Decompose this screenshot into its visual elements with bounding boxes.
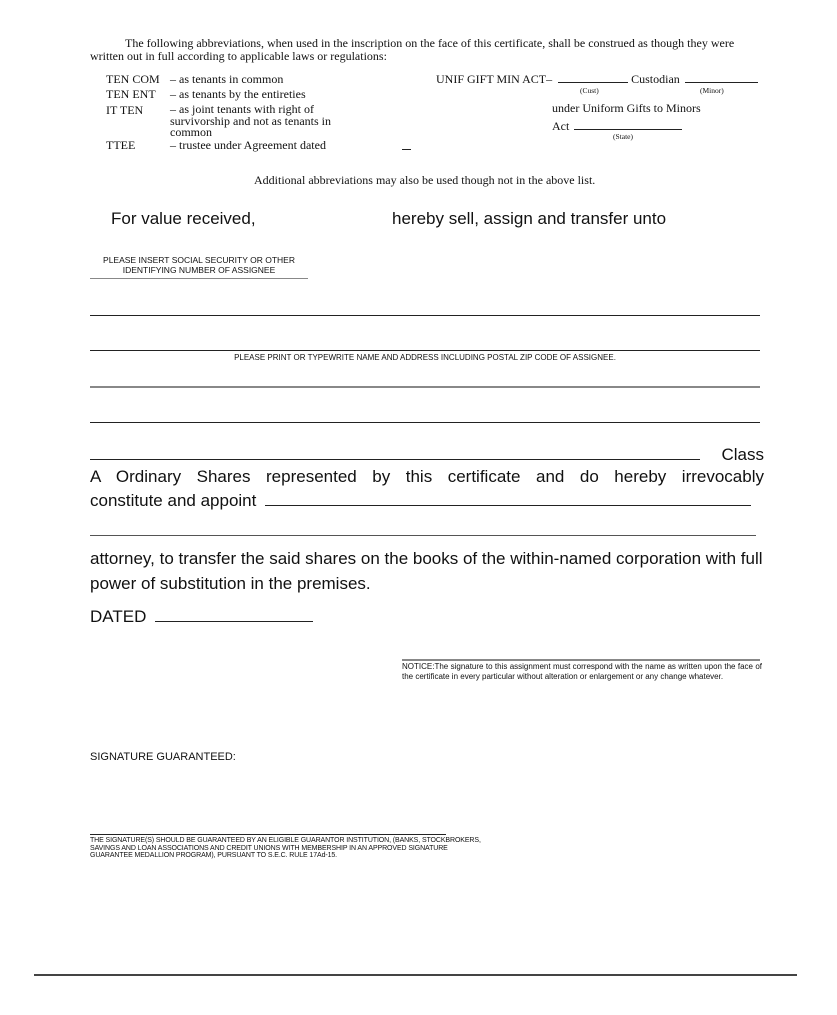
attorney-name-field[interactable] bbox=[265, 505, 751, 506]
class-text: Class bbox=[721, 445, 764, 465]
state-caption: (State) bbox=[613, 132, 633, 141]
additional-abbreviations-note: Additional abbreviations may also be use… bbox=[254, 173, 595, 188]
shares-count-line: Class bbox=[90, 445, 764, 465]
ugma-label: UNIF GIFT MIN ACT– bbox=[436, 72, 552, 86]
abbreviation-code: TEN COM bbox=[106, 73, 170, 85]
ttee-date-line[interactable] bbox=[402, 149, 411, 150]
abbreviation-desc: – as joint tenants with right of survivo… bbox=[170, 104, 345, 139]
assignee-name-address-label: PLEASE PRINT OR TYPEWRITE NAME AND ADDRE… bbox=[90, 353, 760, 362]
bottom-rule bbox=[34, 974, 797, 976]
abbreviation-code: IT TEN bbox=[106, 104, 170, 116]
number-of-shares-field[interactable] bbox=[90, 459, 700, 460]
minor-caption: (Minor) bbox=[700, 86, 724, 95]
ssn-field-line[interactable] bbox=[90, 278, 308, 279]
signature-guaranteed-label: SIGNATURE GUARANTEED: bbox=[90, 751, 236, 763]
shares-represented-text: A Ordinary Shares represented by this ce… bbox=[90, 467, 764, 487]
dated-label: DATED bbox=[90, 607, 146, 626]
attorney-name-line-2[interactable] bbox=[90, 535, 756, 536]
abbreviation-desc: – as tenants in common bbox=[170, 73, 370, 85]
abbreviation-desc: – trustee under Agreement dated bbox=[170, 139, 370, 151]
constitute-appoint-text: constitute and appoint bbox=[90, 491, 256, 510]
abbreviation-code: TEN ENT bbox=[106, 88, 170, 100]
hereby-transfer-text: hereby sell, assign and transfer unto bbox=[392, 209, 666, 229]
state-field[interactable] bbox=[574, 129, 682, 130]
attorney-text: attorney, to transfer the said shares on… bbox=[90, 546, 770, 596]
guarantee-fine-print: THE SIGNATURE(S) SHOULD BE GUARANTEED BY… bbox=[90, 837, 490, 860]
assignee-line-1[interactable] bbox=[90, 315, 760, 316]
act-label: Act bbox=[552, 119, 569, 133]
for-value-received-text: For value received, bbox=[111, 209, 256, 229]
ugma-line: UNIF GIFT MIN ACT– Custodian bbox=[436, 72, 758, 87]
ugma-under-text: under Uniform Gifts to Minors bbox=[552, 101, 701, 116]
date-field[interactable] bbox=[155, 621, 313, 622]
custodian-name-field[interactable] bbox=[558, 82, 628, 83]
abbreviation-desc: – as tenants by the entireties bbox=[170, 88, 370, 100]
assignee-line-2[interactable] bbox=[90, 350, 760, 351]
dated-line: DATED bbox=[90, 607, 313, 627]
ssn-label: PLEASE INSERT SOCIAL SECURITY OR OTHER I… bbox=[90, 255, 308, 275]
appoint-line: constitute and appoint bbox=[90, 491, 764, 511]
abbreviation-code: TTEE bbox=[106, 139, 170, 151]
assignee-line-4[interactable] bbox=[90, 422, 760, 423]
guarantor-signature-line[interactable] bbox=[90, 834, 446, 835]
intro-paragraph: The following abbreviations, when used i… bbox=[90, 37, 770, 63]
signature-line[interactable] bbox=[402, 659, 760, 661]
assignee-line-3[interactable] bbox=[90, 386, 760, 388]
signature-notice: NOTICE:The signature to this assignment … bbox=[402, 662, 762, 682]
custodian-label: Custodian bbox=[631, 72, 680, 86]
minor-name-field[interactable] bbox=[685, 82, 758, 83]
cust-caption: (Cust) bbox=[580, 86, 599, 95]
